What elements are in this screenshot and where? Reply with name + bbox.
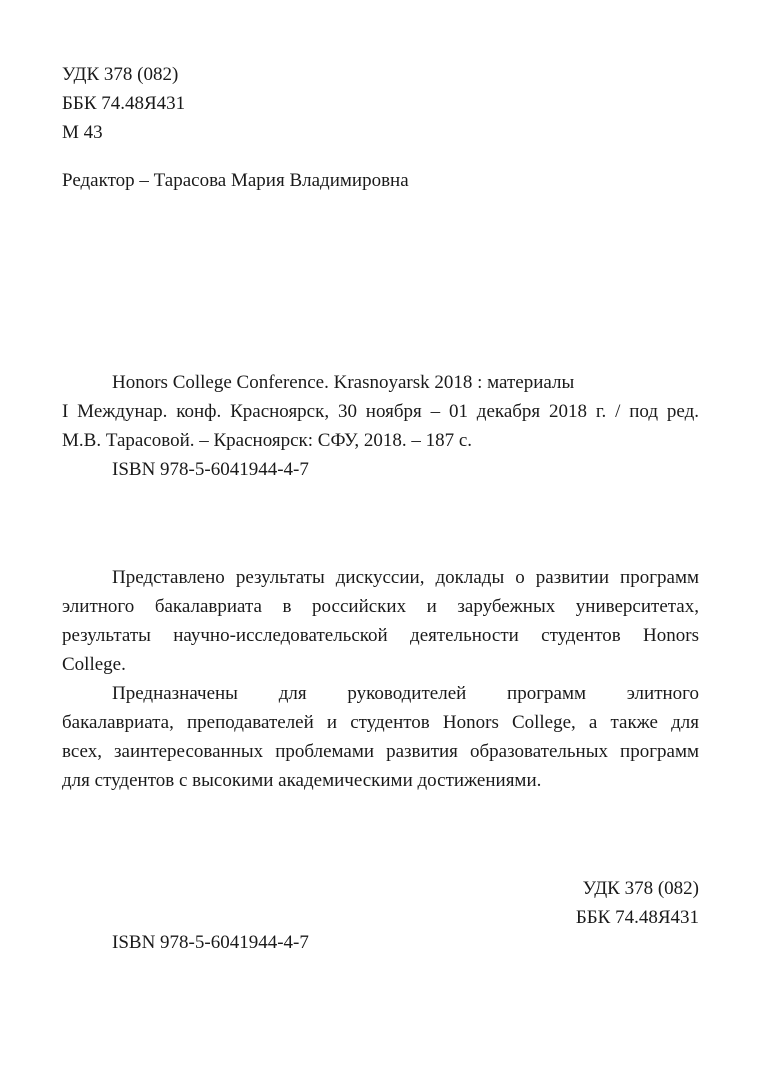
text-line: всех, заинтересованных проблемами развит… xyxy=(62,737,699,766)
footer-isbn: ISBN 978-5-6041944-4-7 xyxy=(62,928,699,957)
imprint-page: УДК 378 (082) ББК 74.48Я431 М 43 Редакто… xyxy=(0,0,761,1080)
annotation-paragraph-2: Предназначены для руководителей программ… xyxy=(62,679,699,795)
footer-isbn-block: ISBN 978-5-6041944-4-7 xyxy=(62,928,699,957)
editor-line: Редактор – Тарасова Мария Владимировна xyxy=(62,166,699,195)
classification-block: УДК 378 (082) ББК 74.48Я431 М 43 xyxy=(62,60,699,147)
text-line: М.В. Тарасовой. – Красноярск: СФУ, 2018.… xyxy=(62,426,699,455)
text-line: Предназначены для руководителей программ… xyxy=(62,679,699,708)
bibliographic-citation: Honors College Conference. Krasnoyarsk 2… xyxy=(62,368,699,484)
annotation-block: Представлено результаты дискуссии, докла… xyxy=(62,563,699,795)
bbk-code: ББК 74.48Я431 xyxy=(62,89,699,118)
text-line: для студентов с высокими академическими … xyxy=(62,766,699,795)
footer-udk-code: УДК 378 (082) xyxy=(62,874,699,903)
footer-classification-block: УДК 378 (082) ББК 74.48Я431 xyxy=(62,874,699,932)
text-line: бакалавриата, преподавателей и студентов… xyxy=(62,708,699,737)
text-line: ISBN 978-5-6041944-4-7 xyxy=(62,455,699,484)
author-sign-code: М 43 xyxy=(62,118,699,147)
text-line: результаты научно-исследовательской деят… xyxy=(62,621,699,650)
text-line: College. xyxy=(62,650,699,679)
text-line: Honors College Conference. Krasnoyarsk 2… xyxy=(62,368,699,397)
text-line: Представлено результаты дискуссии, докла… xyxy=(62,563,699,592)
udk-code: УДК 378 (082) xyxy=(62,60,699,89)
editor-block: Редактор – Тарасова Мария Владимировна xyxy=(62,166,699,195)
annotation-paragraph-1: Представлено результаты дискуссии, докла… xyxy=(62,563,699,679)
text-line: элитного бакалавриата в российских и зар… xyxy=(62,592,699,621)
text-line: I Междунар. конф. Красноярск, 30 ноября … xyxy=(62,397,699,426)
